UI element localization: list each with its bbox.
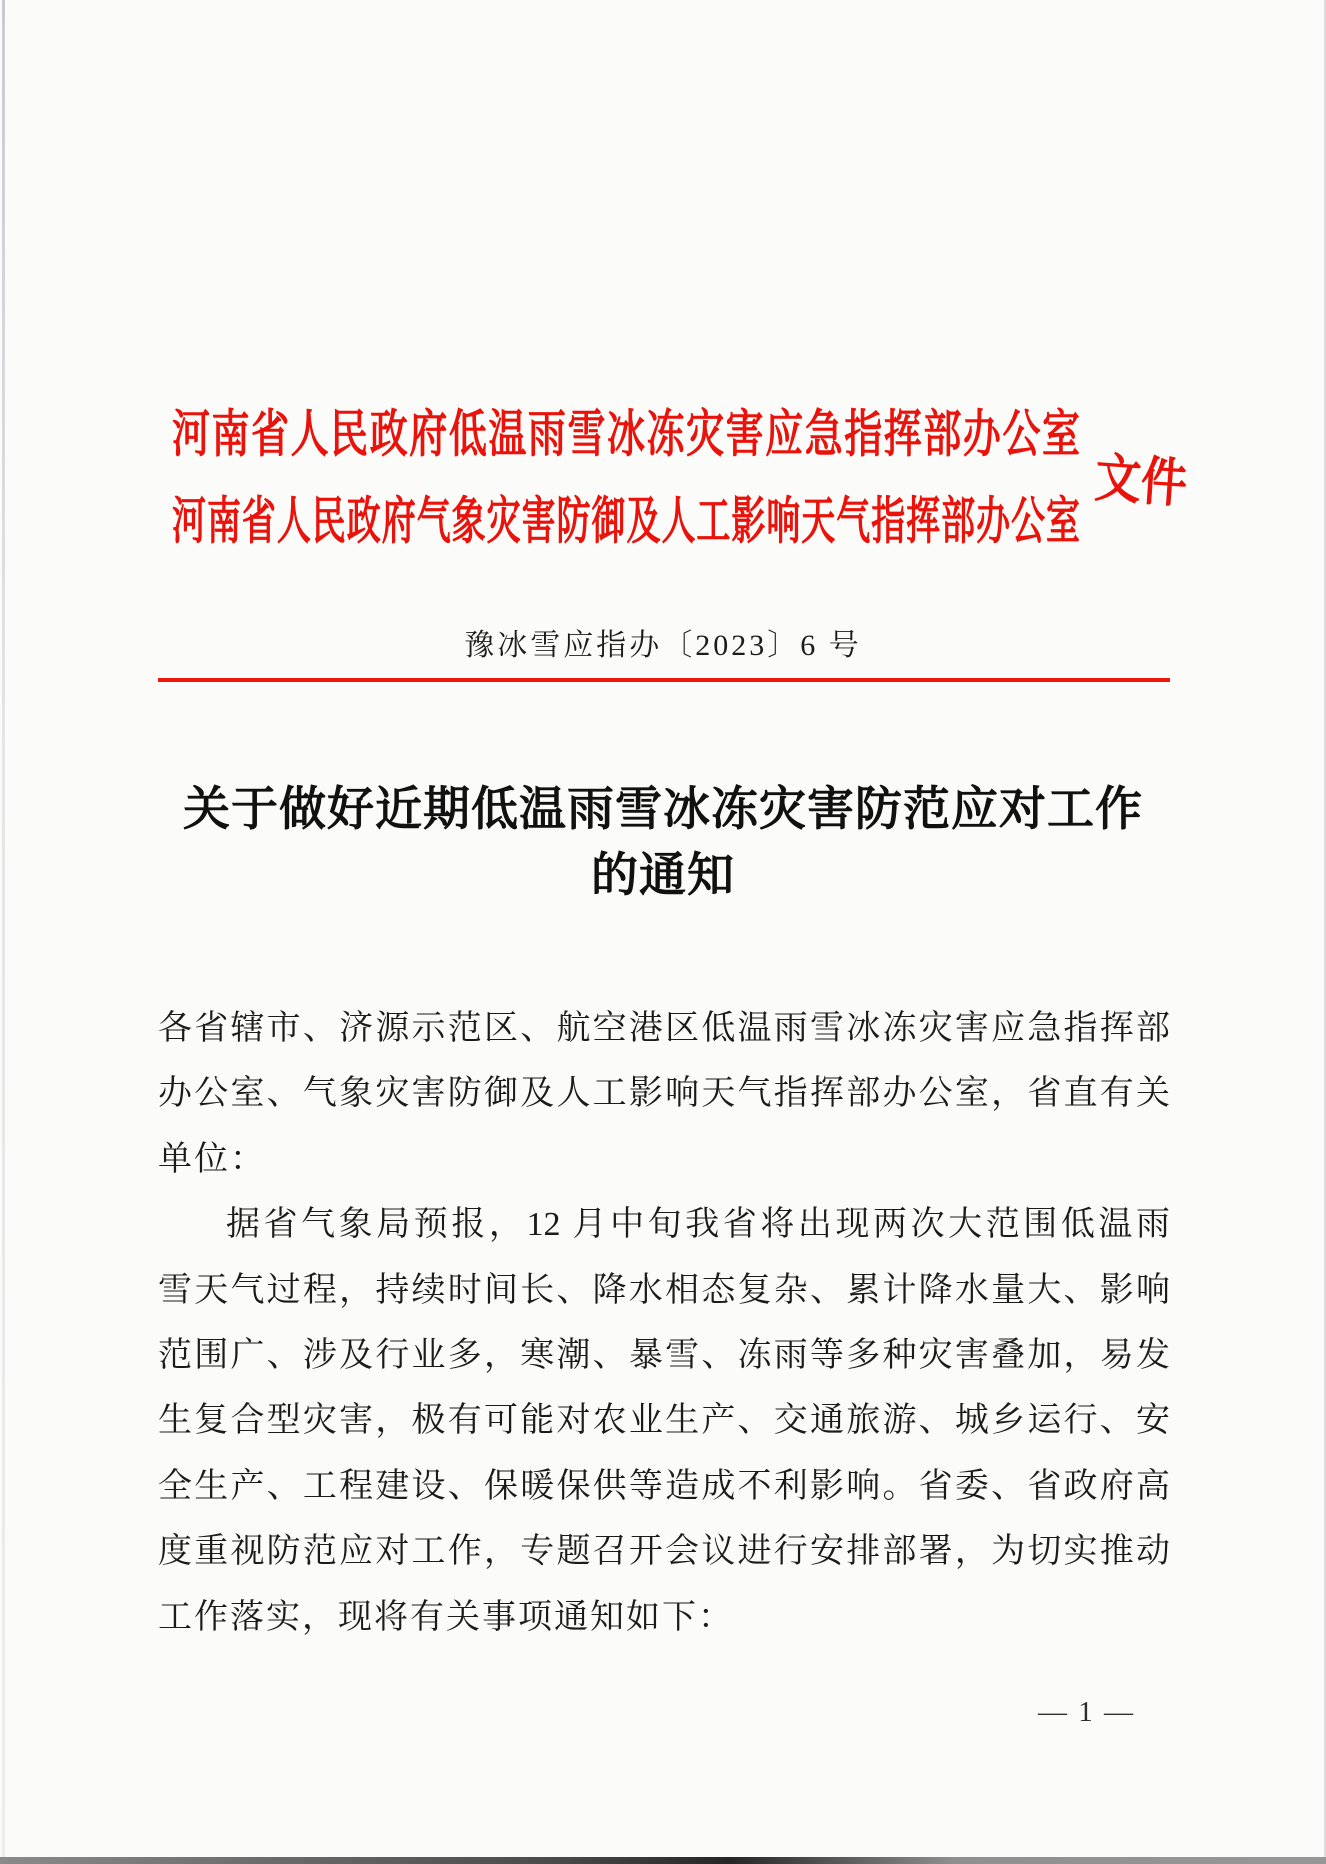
body-line: 各省辖市、济源示范区、航空港区低温雨雪冰冻灾害应急指挥部 (158, 996, 1170, 1061)
body-line: 度重视防范应对工作，专题召开会议进行安排部署，为切实推动 (158, 1519, 1170, 1584)
document-page: 河南省人民政府低温雨雪冰冻灾害应急指挥部办公室 河南省人民政府气象灾害防御及人工… (0, 0, 1326, 1864)
body-line: 工作落实，现将有关事项通知如下： (158, 1585, 1170, 1650)
doc-reference-number: 豫冰雪应指办〔2023〕6 号 (0, 620, 1326, 664)
body-line: 范围广、涉及行业多，寒潮、暴雪、冻雨等多种灾害叠加，易发 (158, 1323, 1170, 1388)
scan-edge-left (2, 0, 5, 1864)
body-line: 雪天气过程，持续时间长、降水相态复杂、累计降水量大、影响 (158, 1258, 1170, 1323)
doc-type-label: 文件 (1093, 436, 1190, 518)
red-divider-line (158, 678, 1170, 682)
issuing-org-line-1: 河南省人民政府低温雨雪冰冻灾害应急指挥部办公室 (172, 392, 1080, 466)
scan-edge-bottom (0, 1857, 1326, 1864)
document-body: 各省辖市、济源示范区、航空港区低温雨雪冰冻灾害应急指挥部 办公室、气象灾害防御及… (158, 996, 1170, 1650)
issuing-org-line-2: 河南省人民政府气象灾害防御及人工影响天气指挥部办公室 (172, 480, 1080, 554)
body-line: 据省气象局预报，12 月中旬我省将出现两次大范围低温雨 (158, 1192, 1170, 1257)
document-title-line-2: 的通知 (0, 838, 1326, 905)
body-line: 办公室、气象灾害防御及人工影响天气指挥部办公室，省直有关 (158, 1061, 1170, 1126)
body-line: 全生产、工程建设、保暖保供等造成不利影响。省委、省政府高 (158, 1454, 1170, 1519)
body-line: 单位： (158, 1127, 1170, 1192)
page-number: — 1 — (1038, 1696, 1135, 1729)
body-line: 生复合型灾害，极有可能对农业生产、交通旅游、城乡运行、安 (158, 1388, 1170, 1453)
document-title-line-1: 关于做好近期低温雨雪冰冻灾害防范应对工作 (0, 772, 1326, 839)
